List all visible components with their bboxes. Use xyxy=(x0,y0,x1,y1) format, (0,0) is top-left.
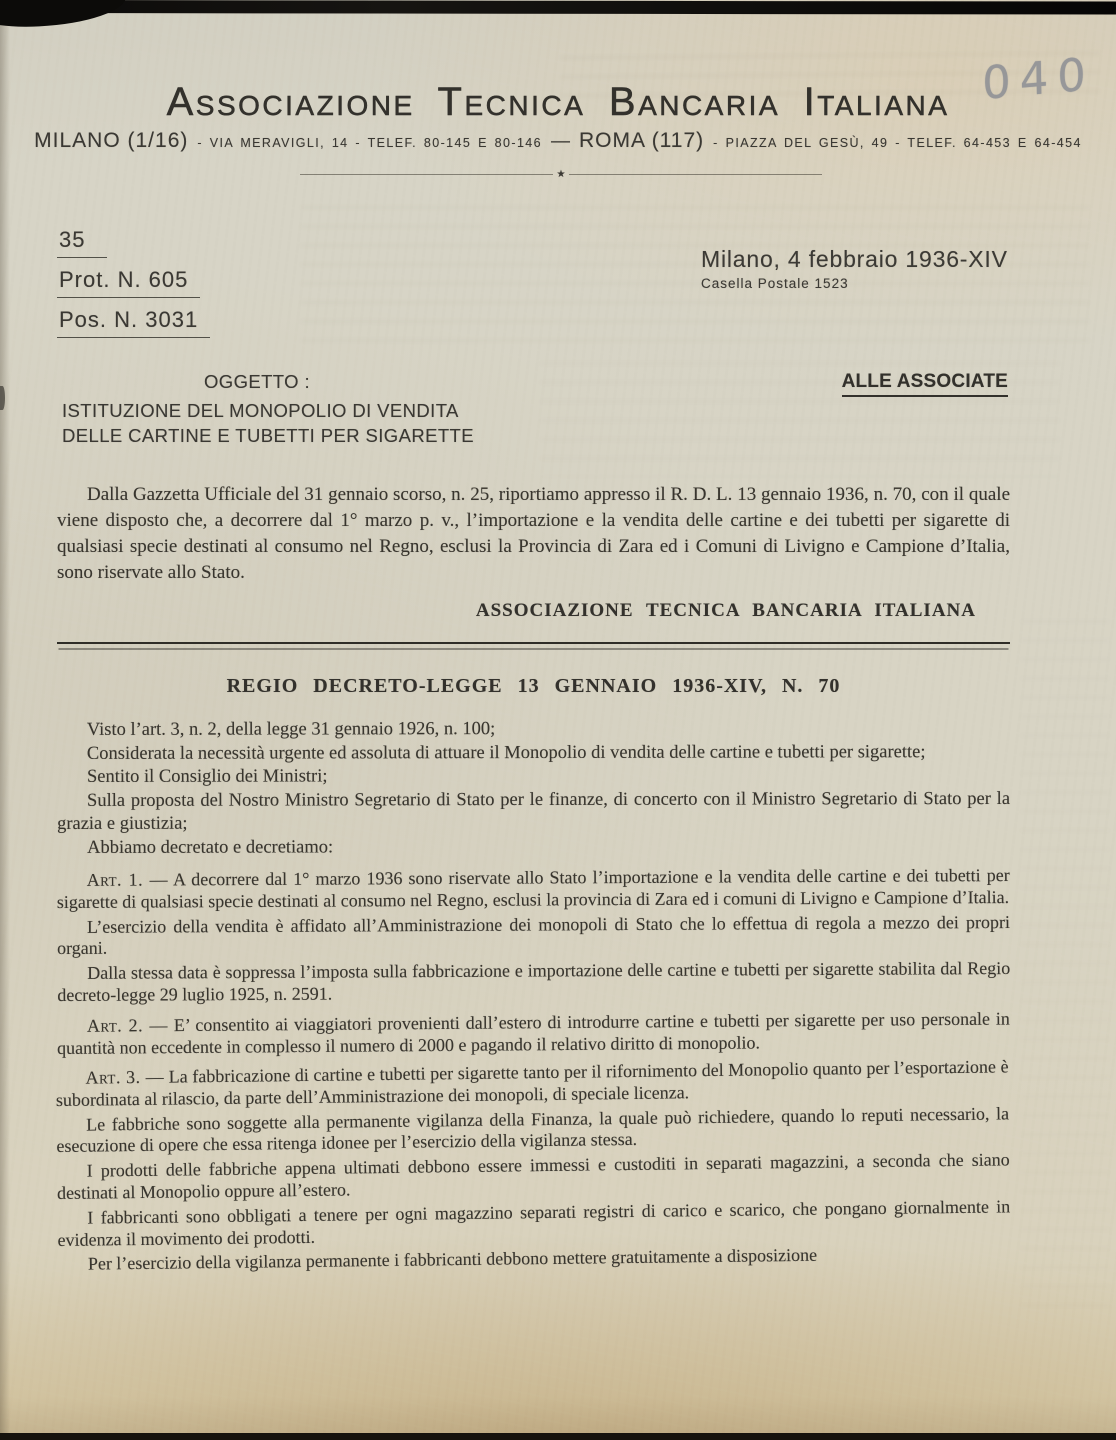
article-3-label: Art. 3. — xyxy=(85,1067,164,1088)
document-body: Dalla Gazzetta Ufficiale del 31 gennaio … xyxy=(0,482,1116,1277)
article-paragraph: Art. 2. — E’ consentito ai viaggiatori p… xyxy=(57,1008,1010,1059)
article-paragraph: Art. 3. — La fabbricazione di cartine e … xyxy=(55,1057,1008,1112)
article-text: A decorrere dal 1° marzo 1936 sono riser… xyxy=(57,865,1010,912)
article-1-label: Art. 1. — xyxy=(87,869,169,889)
article-paragraph: Le fabbriche sono soggette alla permanen… xyxy=(56,1103,1009,1158)
subject-label: OGGETTO : xyxy=(204,369,474,394)
reference-block: 35 Prot. N. 605 Pos. N. 3031 xyxy=(57,227,210,347)
preamble-line: Visto l’art. 3, n. 2, della legge 31 gen… xyxy=(57,717,1010,742)
scan-corner-shadow xyxy=(0,0,127,30)
article-text: La fabbricazione di cartine e tubetti pe… xyxy=(56,1057,1009,1110)
org-title: Associazione Tecnica Bancaria Italiana xyxy=(0,80,1116,125)
article-2-label: Art. 2. — xyxy=(87,1015,168,1036)
article-paragraph: Art. 1. — A decorrere dal 1° marzo 1936 … xyxy=(57,865,1010,914)
section-divider-rule xyxy=(57,642,1010,648)
article-paragraph: L’esercizio della vendita è affidato all… xyxy=(57,912,1010,961)
preamble-line: Sentito il Consiglio dei Ministri; xyxy=(57,764,1010,789)
preamble-line: Abbiamo decretato e decretiamo: xyxy=(57,835,1010,860)
decree-preamble: Visto l’art. 3, n. 2, della legge 31 gen… xyxy=(57,717,1010,860)
star-ornament-icon: ★ xyxy=(553,170,570,180)
milano-office-label: MILANO (1/16) xyxy=(34,129,188,153)
preamble-line: Sulla proposta del Nostro Ministro Segre… xyxy=(57,788,1010,837)
scan-edge-top xyxy=(0,0,1116,15)
divider-line xyxy=(300,174,553,175)
article-1: Art. 1. — A decorrere dal 1° marzo 1936 … xyxy=(57,865,1011,1007)
article-paragraph: I prodotti delle fabbriche appena ultima… xyxy=(57,1150,1010,1205)
decree-title: REGIO DECRETO-LEGGE 13 GENNAIO 1936-XIV,… xyxy=(57,675,1010,698)
subject-block: OGGETTO : ISTITUZIONE DEL MONOPOLIO DI V… xyxy=(62,369,474,448)
scan-edge-left xyxy=(0,0,10,1440)
protocol-number: Prot. N. 605 xyxy=(57,267,200,298)
po-box: Casella Postale 1523 xyxy=(701,276,1008,291)
ink-smudge xyxy=(0,386,5,410)
roma-office-label: ROMA (117) xyxy=(579,129,704,153)
milano-office-detail: - VIA MERAVIGLI, 14 - TELEF. 80-145 E 80… xyxy=(197,136,542,151)
scanned-circular-page: 040 Associazione Tecnica Bancaria Italia… xyxy=(0,0,1116,1440)
handwritten-number: 040 xyxy=(982,47,1095,110)
article-paragraph: Dalla stessa data è soppressa l’imposta … xyxy=(57,958,1010,1007)
subject-line-1: ISTITUZIONE DEL MONOPOLIO DI VENDITA xyxy=(62,398,474,423)
article-3: Art. 3. — La fabbricazione di cartine e … xyxy=(55,1057,1010,1277)
preamble-line: Considerata la necessità urgente ed asso… xyxy=(57,741,1010,766)
article-2: Art. 2. — E’ consentito ai viaggiatori p… xyxy=(57,1008,1010,1059)
dateline: Milano, 4 febbraio 1936-XIV Casella Post… xyxy=(701,246,1008,291)
cities-separator-dash: — xyxy=(551,131,570,153)
letter-paragraph: Dalla Gazzetta Ufficiale del 31 gennaio … xyxy=(57,482,1010,586)
position-number: Pos. N. 3031 xyxy=(57,307,210,338)
circular-number: 35 xyxy=(57,227,107,258)
city-and-date: Milano, 4 febbraio 1936-XIV xyxy=(701,246,1008,273)
scan-edge-bottom xyxy=(0,1433,1116,1440)
article-text: E’ consentito ai viaggiatori provenienti… xyxy=(57,1008,1010,1057)
divider-line xyxy=(569,174,822,175)
article-paragraph: I fabbricanti sono obbligati a tenere pe… xyxy=(57,1197,1010,1252)
signature: ASSOCIAZIONE TECNICA BANCARIA ITALIANA xyxy=(57,600,1010,622)
subject-line-2: DELLE CARTINE E TUBETTI PER SIGARETTE xyxy=(62,423,474,448)
roma-office-detail: - PIAZZA DEL GESÙ, 49 - TELEF. 64-453 E … xyxy=(713,136,1082,151)
letterhead-divider: ★ xyxy=(300,169,822,179)
recipient-label: ALLE ASSOCIATE xyxy=(842,371,1008,397)
letterhead-address-line: MILANO (1/16) - VIA MERAVIGLI, 14 - TELE… xyxy=(0,129,1116,153)
